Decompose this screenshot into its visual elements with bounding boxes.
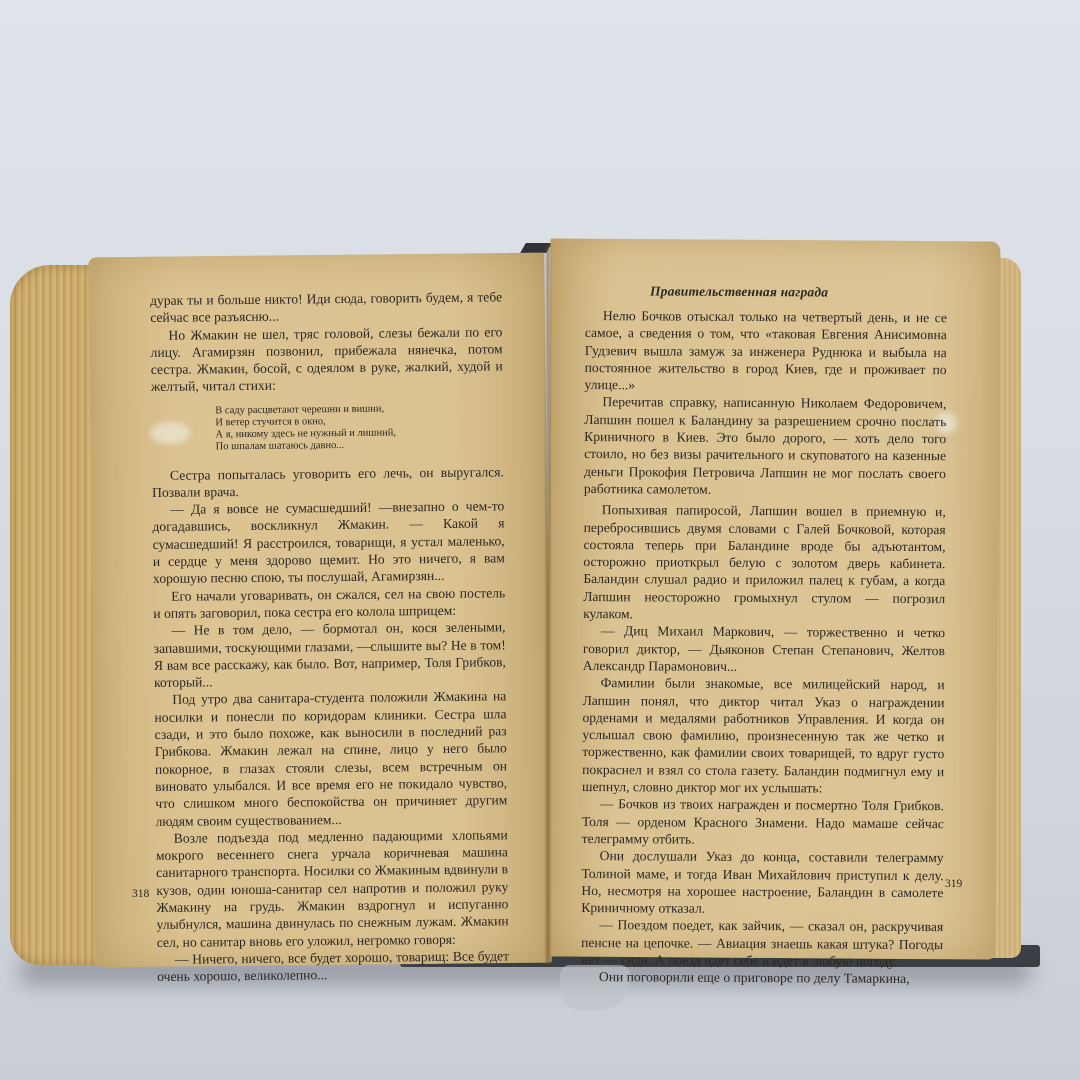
running-head: Правительственная награда — [650, 283, 828, 300]
paragraph: дурак ты и больше никто! Иди сюда, говор… — [150, 288, 502, 326]
paragraph: — Не в том дело, — бормотал он, кося зел… — [153, 619, 506, 692]
paragraph: — Да я вовсе не сумасшедший! —внезапно о… — [152, 497, 505, 587]
poem: В саду расцветают черешни и вишни, И вет… — [215, 402, 503, 454]
paragraph: Под утро два санитара-студента положили … — [154, 688, 507, 830]
paragraph: — Диц Михаил Маркович, — торжественно и … — [583, 622, 945, 676]
poem-line: По шпалам шатаюсь давно... — [216, 439, 504, 454]
paragraph: Сестра попыталась уговорить его лечь, он… — [152, 463, 504, 501]
page-number-left: 318 — [132, 888, 149, 900]
paragraph: Возле подъезда под медленно падающими хл… — [156, 826, 509, 951]
paragraph: — Ничего, ничего, все будет хорошо, това… — [157, 947, 509, 985]
paragraph: Перечитав справку, написанную Николаем Ф… — [584, 393, 947, 499]
paragraph: — Бочков из твоих награжден и посмертно … — [582, 795, 944, 849]
left-page-text: дурак ты и больше никто! Иди сюда, говор… — [150, 288, 509, 985]
paragraph: Фамилии были знакомые, все милицейский н… — [582, 674, 945, 797]
page-number-right: 319 — [945, 878, 962, 890]
paragraph: Его начали уговаривать, он сжался, сел н… — [153, 584, 505, 622]
paragraph: Они дослушали Указ до конца, составили т… — [581, 847, 943, 918]
book-gutter — [544, 245, 552, 965]
paragraph: Но Жмакин не шел, тряс головой, слезы бе… — [150, 323, 503, 396]
paragraph: Они поговорили еще о приговоре по делу Т… — [581, 968, 943, 988]
paragraph: Нелю Бочков отыскал только на четвертый … — [584, 307, 947, 396]
paragraph: — Поездом поедет, как зайчик, — сказал о… — [581, 916, 943, 970]
paragraph: Попыхивая папиросой, Лапшин вошел в прие… — [583, 501, 946, 624]
right-page-text: Нелю Бочков отыскал только на четвертый … — [581, 307, 947, 988]
